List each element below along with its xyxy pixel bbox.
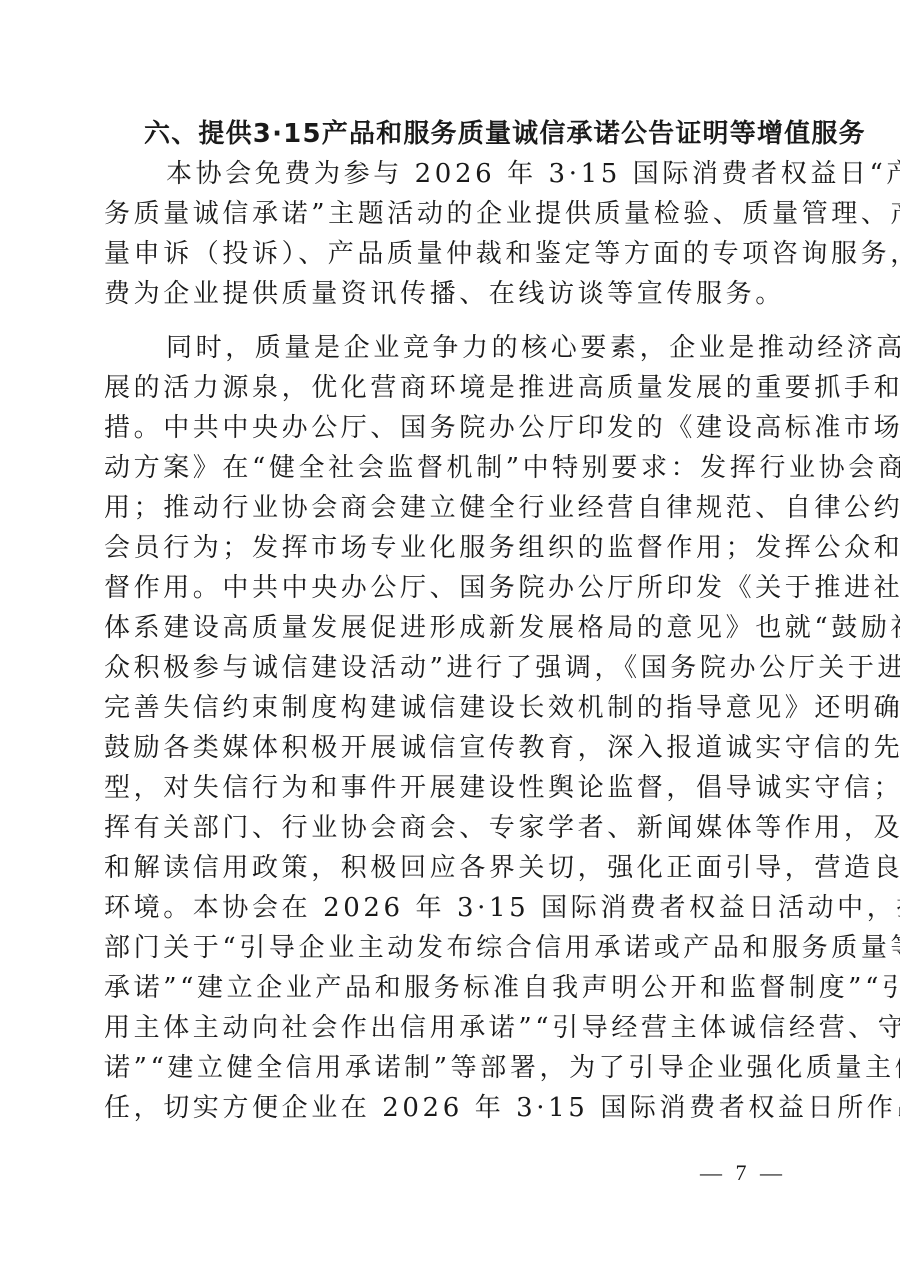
paragraph-line: 型，对失信行为和事件开展建设性舆论监督，倡导诚实守信；充分发 — [104, 768, 802, 808]
paragraph-line: 费为企业提供质量资讯传播、在线访谈等宣传服务。 — [104, 274, 802, 314]
paragraph-line: 诺”“建立健全信用承诺制”等部署，为了引导企业强化质量主体责 — [104, 1048, 802, 1088]
page-number: — 7 — — [700, 1160, 786, 1186]
paragraph-line: 会员行为；发挥市场专业化服务组织的监督作用；发挥公众和舆论监 — [104, 528, 802, 568]
paragraph-line: 完善失信约束制度构建诚信建设长效机制的指导意见》还明确指出： — [104, 688, 802, 728]
paragraph-line: 本协会免费为参与 2026 年 3·15 国际消费者权益日“产品和服 — [104, 154, 802, 194]
section-heading: 六、提供3·15产品和服务质量诚信承诺公告证明等增值服务 — [104, 114, 802, 154]
paragraph-line: 用主体主动向社会作出信用承诺”“引导经营主体诚信经营、守信践 — [104, 1008, 802, 1048]
paragraph-gap — [104, 314, 802, 328]
paragraph-line: 和解读信用政策，积极回应各界关切，强化正面引导，营造良好舆论 — [104, 848, 802, 888]
paragraph-line: 同时，质量是企业竞争力的核心要素，企业是推动经济高质量发 — [104, 328, 802, 368]
paragraph-line: 务质量诚信承诺”主题活动的企业提供质量检验、质量管理、产品质 — [104, 194, 802, 234]
paragraph-line: 承诺”“建立企业产品和服务标准自我声明公开和监督制度”“引导信 — [104, 968, 802, 1008]
paragraph-policy: 同时，质量是企业竞争力的核心要素，企业是推动经济高质量发 展的活力源泉，优化营商… — [104, 328, 802, 1128]
paragraph-line: 鼓励各类媒体积极开展诚信宣传教育，深入报道诚实守信的先进典 — [104, 728, 802, 768]
paragraph-line: 用；推动行业协会商会建立健全行业经营自律规范、自律公约，规范 — [104, 488, 802, 528]
paragraph-line: 挥有关部门、行业协会商会、专家学者、新闻媒体等作用，及时阐释 — [104, 808, 802, 848]
paragraph-line: 量申诉（投诉）、产品质量仲裁和鉴定等方面的专项咨询服务，并免 — [104, 234, 802, 274]
paragraph-line: 环境。本协会在 2026 年 3·15 国际消费者权益日活动中，按照有关 — [104, 888, 802, 928]
paragraph-line: 任，切实方便企业在 2026 年 3·15 国际消费者权益日所作出的“产 — [104, 1088, 802, 1128]
paragraph-line: 动方案》在“健全社会监督机制”中特别要求：发挥行业协会商会作 — [104, 448, 802, 488]
paragraph-line: 体系建设高质量发展促进形成新发展格局的意见》也就“鼓励社会公 — [104, 608, 802, 648]
paragraph-line: 展的活力源泉，优化营商环境是推进高质量发展的重要抓手和重大举 — [104, 368, 802, 408]
paragraph-services: 本协会免费为参与 2026 年 3·15 国际消费者权益日“产品和服 务质量诚信… — [104, 154, 802, 314]
paragraph-line: 督作用。中共中央办公厅、国务院办公厅所印发《关于推进社会信用 — [104, 568, 802, 608]
paragraph-line: 措。中共中央办公厅、国务院办公厅印发的《建设高标准市场体系行 — [104, 408, 802, 448]
paragraph-line: 众积极参与诚信建设活动”进行了强调，《国务院办公厅关于进一步 — [104, 648, 802, 688]
document-page: 六、提供3·15产品和服务质量诚信承诺公告证明等增值服务 本协会免费为参与 20… — [104, 114, 802, 1128]
paragraph-line: 部门关于“引导企业主动发布综合信用承诺或产品和服务质量等专项 — [104, 928, 802, 968]
